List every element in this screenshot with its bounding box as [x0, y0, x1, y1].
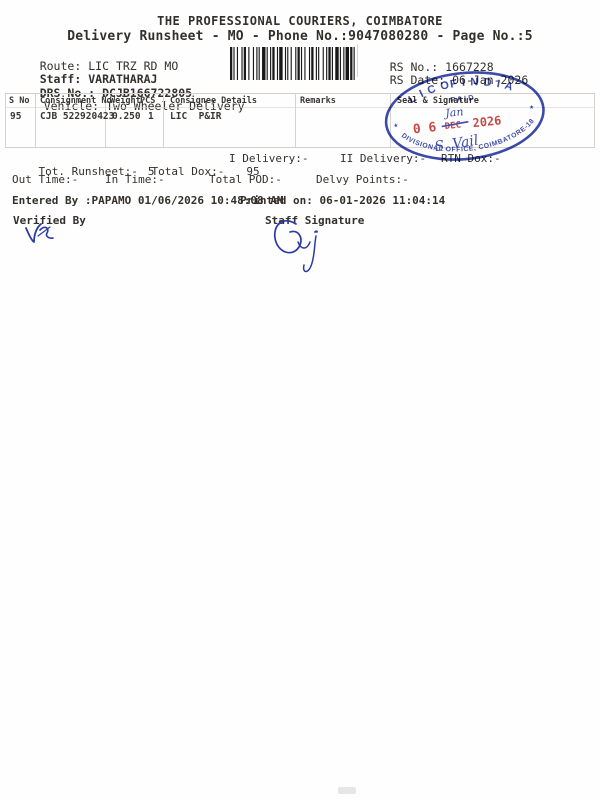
table-col-divider — [35, 93, 36, 147]
lic-stamp: L I C OF I N D I A PAID ★ ★ DIVISIONAL O… — [375, 59, 555, 176]
col-header-weight: Weight — [110, 96, 141, 106]
col-header-consignee: Consignee Details — [170, 96, 257, 106]
verified-signature-icon — [20, 220, 72, 250]
barcode-wrap — [230, 47, 357, 80]
table-col-divider — [295, 93, 296, 147]
stamp-paid-text: PAID — [450, 93, 476, 105]
table-left-border — [5, 93, 6, 147]
printed-on: Printed on: 06-01-2026 11:04:14 — [240, 194, 445, 207]
stamp-date-year: 2026 — [472, 113, 502, 130]
col-header-sno: S No — [9, 96, 29, 106]
out-time: Out Time:- — [12, 173, 78, 186]
row-pcs: 1 — [148, 111, 154, 122]
stamp-star-right-icon: ★ — [529, 102, 535, 111]
row-consignment: CJB 522920423 — [40, 111, 114, 122]
scanned-delivery-runsheet: THE PROFESSIONAL COURIERS, COIMBATORE De… — [0, 0, 600, 800]
stamp-star-left-icon: ★ — [393, 120, 399, 129]
in-time: In Time:- — [105, 173, 165, 186]
row-consignee: LIC P&IR — [170, 111, 221, 122]
table-right-border — [594, 93, 595, 147]
row-weight: 0.250 — [112, 111, 141, 122]
scan-smudge — [338, 787, 356, 794]
total-pod: Total POD:- — [209, 173, 282, 186]
row-sno: 95 — [10, 111, 21, 122]
stamp-month-handwritten: Jan — [443, 105, 464, 120]
rs-box-divider — [357, 44, 358, 77]
runsheet-barcode-icon — [230, 47, 357, 80]
company-title: THE PROFESSIONAL COURIERS, COIMBATORE — [0, 14, 600, 28]
i-delivery: I Delivery:- — [229, 152, 308, 165]
runsheet-subtitle: Delivery Runsheet - MO - Phone No.:90470… — [0, 29, 600, 44]
staff-signature-icon — [270, 216, 332, 286]
col-header-pcs: PCS — [140, 96, 155, 106]
stamp-date-day: 0 6 — [412, 120, 437, 137]
col-header-consignment: Consignment No — [40, 96, 112, 106]
col-header-remarks: Remarks — [300, 96, 336, 106]
table-col-divider — [163, 93, 164, 147]
